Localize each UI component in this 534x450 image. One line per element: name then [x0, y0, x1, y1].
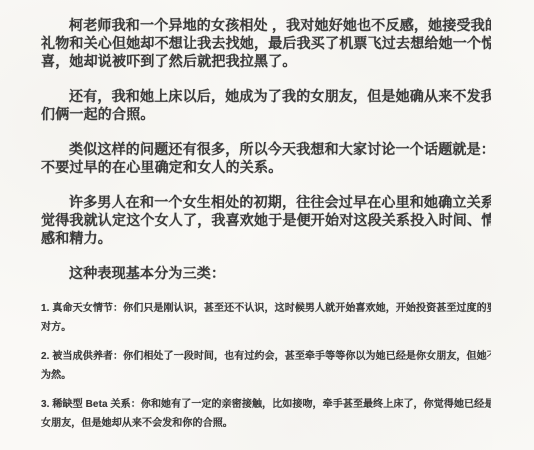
list-item-1: 1. 真命天女情节：你们只是刚认识，甚至还不认识，这时候男人就开始喜欢她，开始投… — [41, 299, 491, 337]
paragraph-1: 柯老师我和一个异地的女孩相处 ，我对她好她也不反感，她接受我的 礼物和关心但她却… — [41, 16, 491, 70]
list-item-2-line-1: 2. 被当成供养者：你们相处了一段时间，也有过约会，甚至牵手等等你以为她已经是你… — [41, 347, 491, 366]
paragraph-5-line-1: 这种表现基本分为三类： — [41, 264, 491, 282]
paragraph-2-line-2: 们俩一起的合照。 — [41, 105, 491, 123]
list-item-1-line-2: 对方。 — [41, 318, 491, 337]
list-item-3-line-1: 3. 稀缺型 Beta 关系：你和她有了一定的亲密接触，比如接吻，牵手甚至最终上… — [41, 395, 491, 414]
paragraph-2: 还有，我和她上床以后，她成为了我的女朋友，但是她确从来不发我 们俩一起的合照。 — [41, 87, 491, 123]
paragraph-3: 类似这样的问题还有很多，所以今天我想和大家讨论一个话题就是： 不要过早的在心里确… — [41, 140, 491, 176]
list-item-3-line-2: 女朋友，但是她却从来不会发和你的合照。 — [41, 414, 491, 433]
paragraph-1-line-3: 喜，她却说被吓到了然后就把我拉黑了。 — [41, 52, 491, 70]
list-item-2-line-2: 为然。 — [41, 366, 491, 385]
numbered-list: 1. 真命天女情节：你们只是刚认识，甚至还不认识，这时候男人就开始喜欢她，开始投… — [41, 299, 491, 433]
paragraph-5: 这种表现基本分为三类： — [41, 264, 491, 282]
list-item-2: 2. 被当成供养者：你们相处了一段时间，也有过约会，甚至牵手等等你以为她已经是你… — [41, 347, 491, 385]
paragraph-1-line-2: 礼物和关心但她却不想让我去找她，最后我买了机票飞过去想给她一个惊 — [41, 34, 491, 52]
paragraph-4-line-1: 许多男人在和一个女生相处的初期，往往会过早在心里和她确立关系。 — [41, 193, 491, 211]
list-item-1-line-1: 1. 真命天女情节：你们只是刚认识，甚至还不认识，这时候男人就开始喜欢她，开始投… — [41, 299, 491, 318]
paragraph-3-line-2: 不要过早的在心里确定和女人的关系。 — [41, 158, 491, 176]
list-item-3: 3. 稀缺型 Beta 关系：你和她有了一定的亲密接触，比如接吻，牵手甚至最终上… — [41, 395, 491, 433]
document-page: 柯老师我和一个异地的女孩相处 ，我对她好她也不反感，她接受我的 礼物和关心但她却… — [0, 0, 534, 450]
paragraph-2-line-1: 还有，我和她上床以后，她成为了我的女朋友，但是她确从来不发我 — [41, 87, 491, 105]
paragraph-3-line-1: 类似这样的问题还有很多，所以今天我想和大家讨论一个话题就是： — [41, 140, 491, 158]
paragraph-4-line-3: 感和精力。 — [41, 229, 491, 247]
paragraph-4: 许多男人在和一个女生相处的初期，往往会过早在心里和她确立关系。 觉得我就认定这个… — [41, 193, 491, 247]
paragraph-4-line-2: 觉得我就认定这个女人了，我喜欢她于是便开始对这段关系投入时间、情 — [41, 211, 491, 229]
document-content: 柯老师我和一个异地的女孩相处 ，我对她好她也不反感，她接受我的 礼物和关心但她却… — [41, 16, 491, 443]
paragraph-1-line-1: 柯老师我和一个异地的女孩相处 ，我对她好她也不反感，她接受我的 — [41, 16, 491, 34]
